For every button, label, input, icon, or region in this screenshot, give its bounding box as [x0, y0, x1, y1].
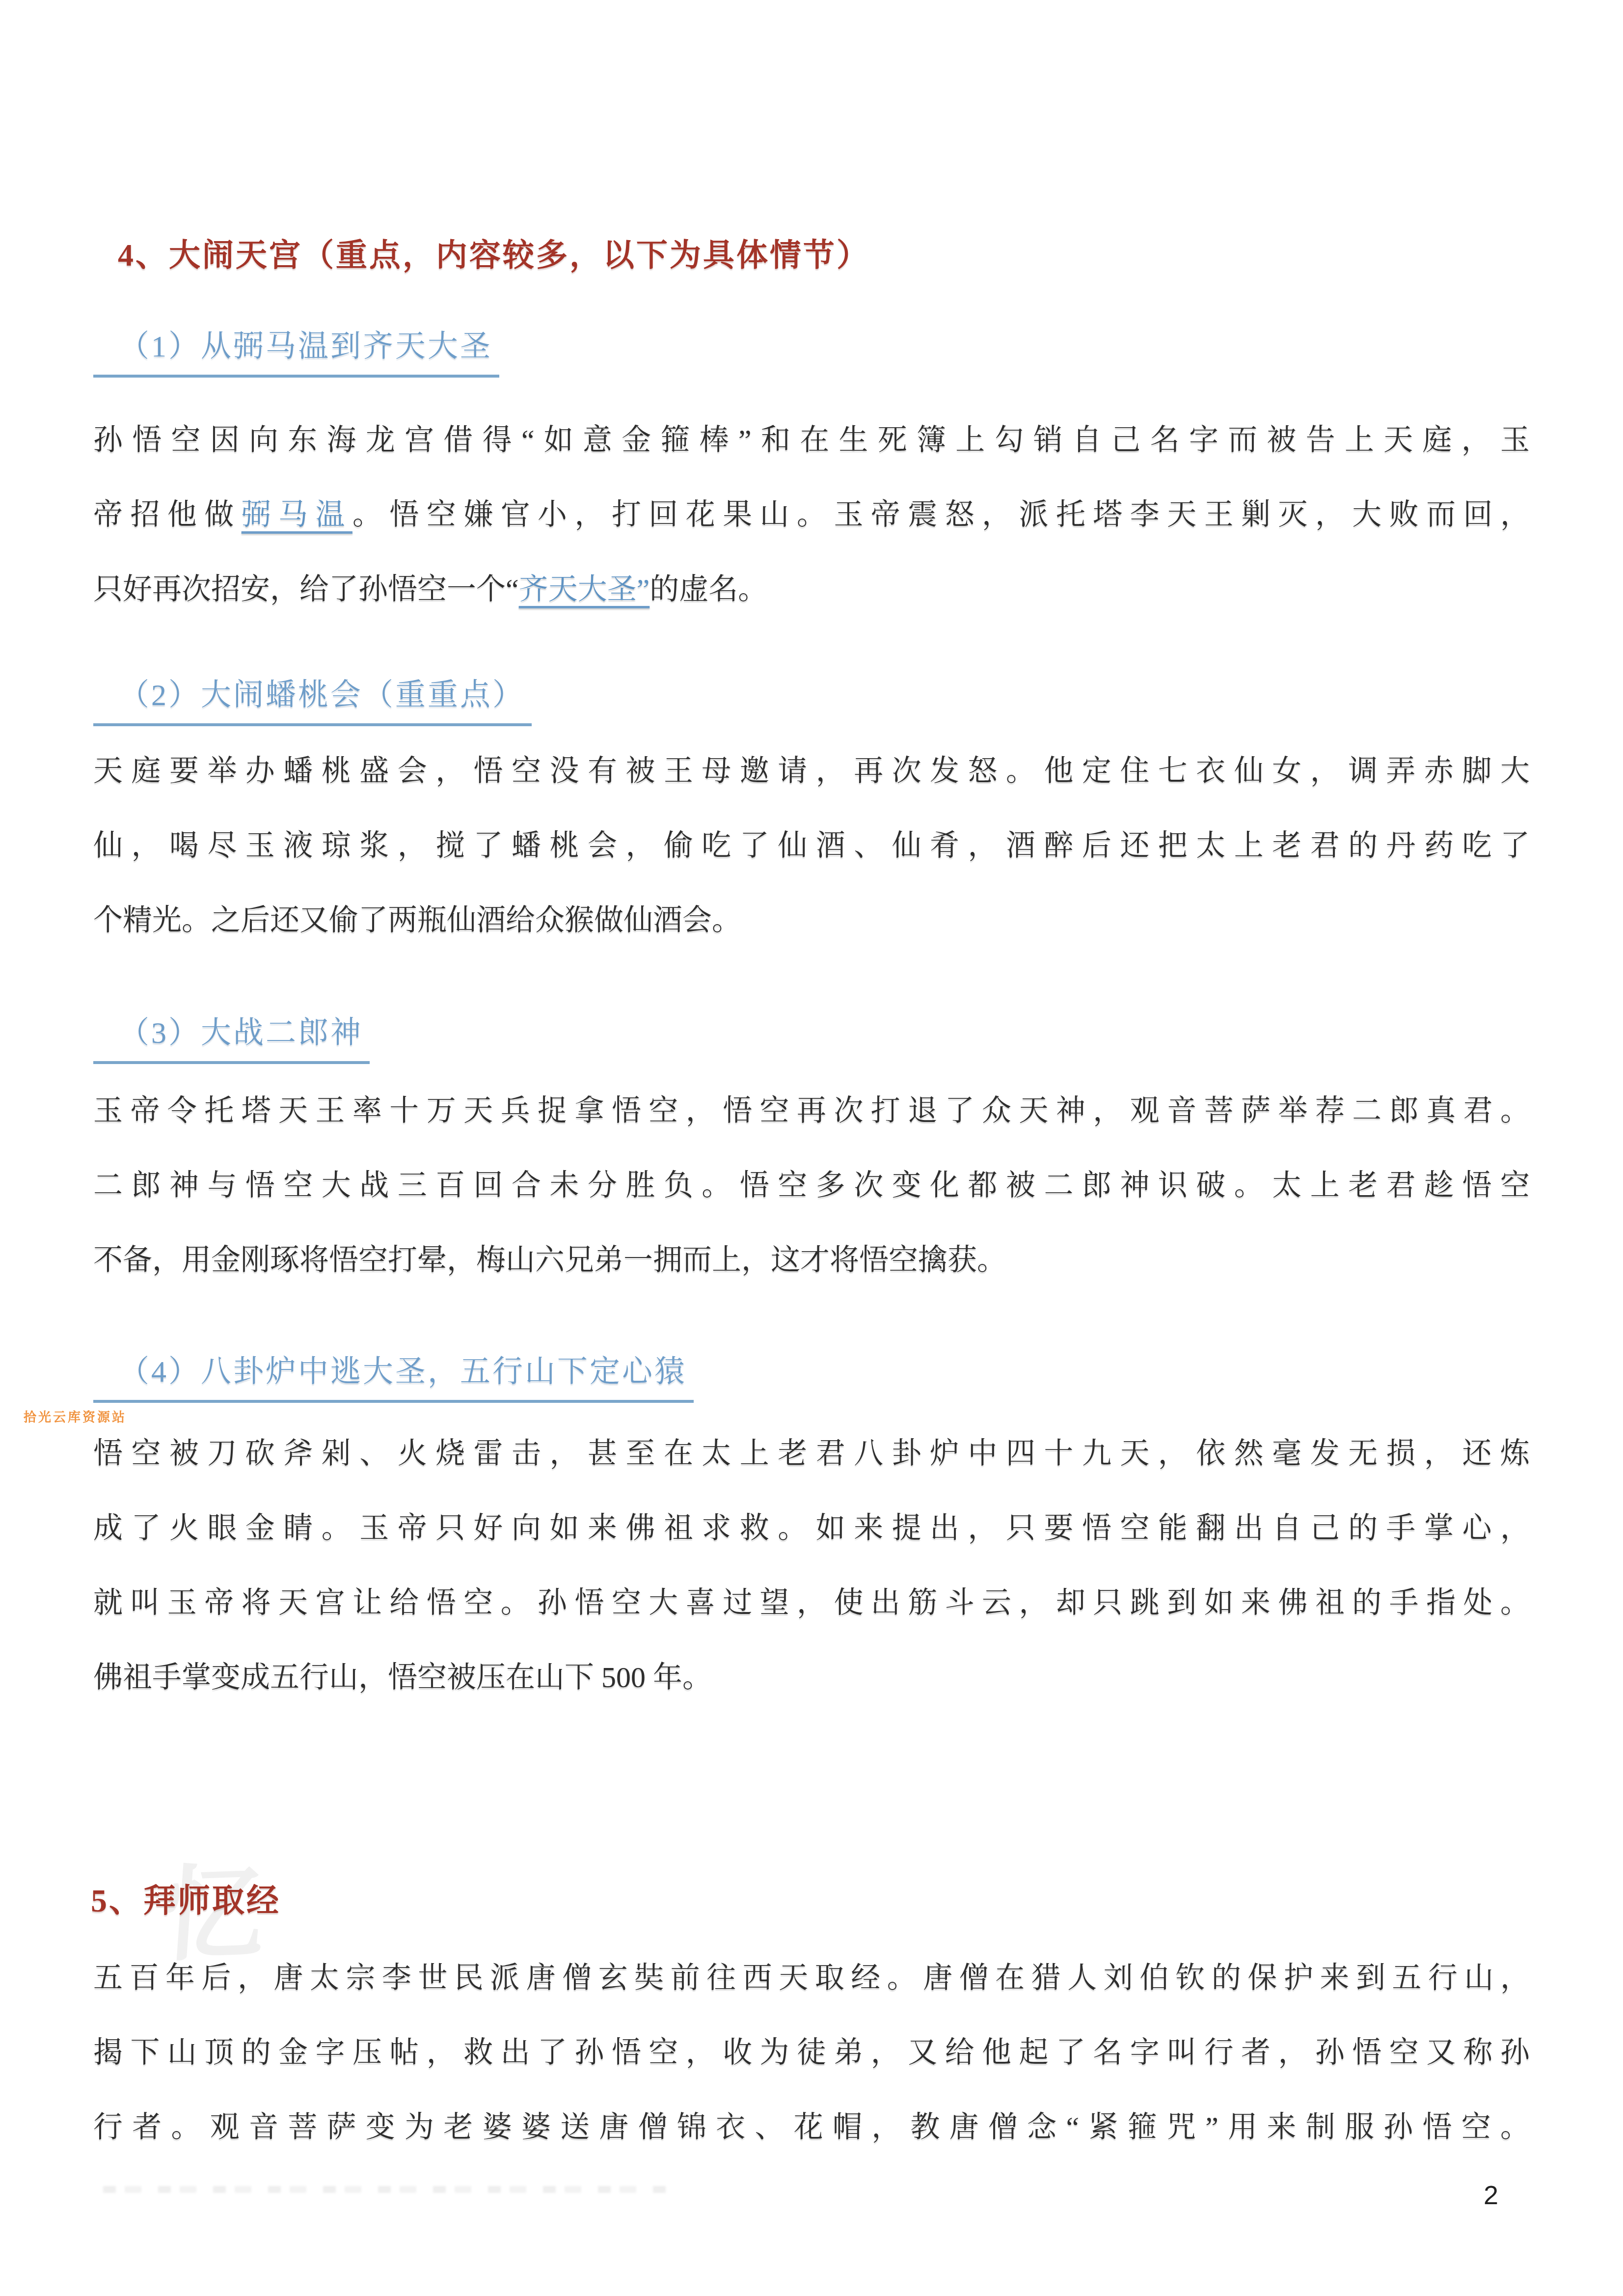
paragraph-s5: 五百年后，唐太宗李世民派唐僧玄奘前往西天取经。唐僧在猎人刘伯钦的保护来到五行山，…: [93, 1941, 1530, 2164]
paragraph-sub2: 天庭要举办蟠桃盛会，悟空没有被王母邀请，再次发怒。他定住七衣仙女，调弄赤脚大仙，…: [93, 734, 1530, 957]
subheading-3-dazhan-erlangshen[interactable]: （3）大战二郎神: [93, 1013, 370, 1064]
text-line: 只好再次招安，给了孙悟空一个“齐天大圣”的虚名。: [93, 552, 1530, 627]
text-segment: 佛祖手掌变成五行山，悟空被压在山下 500 年。: [93, 1661, 712, 1694]
heading-section-4-danao-tiangong: 4、大闹天宫（重点，内容较多，以下为具体情节）: [118, 237, 870, 274]
text-segment: 帝招他做: [93, 498, 242, 531]
text-segment: 揭下山顶的金字压帖，救出了孙悟空，收为徒弟，又给他起了名字叫行者，孙悟空又称孙: [93, 2036, 1530, 2069]
text-segment: 成了火眼金睛。玉帝只好向如来佛祖求救。如来提出，只要悟空能翻出自己的手掌心，: [93, 1512, 1530, 1544]
page-number: 2: [1484, 2180, 1498, 2211]
text-segment: 五百年后，唐太宗李世民派唐僧玄奘前往西天取经。唐僧在猎人刘伯钦的保护来到五行山，: [93, 1962, 1530, 1994]
text-line: 不备，用金刚琢将悟空打晕，梅山六兄弟一拥而上，这才将悟空擒获。: [93, 1223, 1530, 1297]
text-line: 天庭要举办蟠桃盛会，悟空没有被王母邀请，再次发怒。他定住七衣仙女，调弄赤脚大: [93, 734, 1530, 808]
text-line: 二郎神与悟空大战三百回合未分胜负。悟空多次变化都被二郎神识破。太上老君趁悟空: [93, 1148, 1530, 1223]
text-segment: 二郎神与悟空大战三百回合未分胜负。悟空多次变化都被二郎神识破。太上老君趁悟空: [93, 1169, 1530, 1202]
document-page: 4、大闹天宫（重点，内容较多，以下为具体情节） （1）从弼马温到齐天大圣 孙悟空…: [0, 0, 1623, 2296]
text-segment: 天庭要举办蟠桃盛会，悟空没有被王母邀请，再次发怒。他定住七衣仙女，调弄赤脚大: [93, 755, 1530, 787]
subheading-1-bimawen-to-qitiandasheng[interactable]: （1）从弼马温到齐天大圣: [93, 327, 499, 378]
text-segment: 不备，用金刚琢将悟空打晕，梅山六兄弟一拥而上，这才将悟空擒获。: [93, 1244, 1006, 1276]
text-line: 就叫玉帝将天宫让给悟空。孙悟空大喜过望，使出筋斗云，却只跳到如来佛祖的手指处。: [93, 1565, 1530, 1640]
subheading-2-danao-pantaohui[interactable]: （2）大闹蟠桃会（重重点）: [93, 676, 532, 726]
paragraph-sub4: 悟空被刀砍斧剁、火烧雷击，甚至在太上老君八卦炉中四十九天，依然毫发无损，还炼成了…: [93, 1416, 1530, 1715]
paragraph-sub1: 孙悟空因向东海龙宫借得“如意金箍棒”和在生死簿上勾销自己名字而被告上天庭，玉帝招…: [93, 403, 1530, 627]
text-line: 玉帝令托塔天王率十万天兵捉拿悟空，悟空再次打退了众天神，观音菩萨举荐二郎真君。: [93, 1073, 1530, 1148]
text-segment: 玉帝令托塔天王率十万天兵捉拿悟空，悟空再次打退了众天神，观音菩萨举荐二郎真君。: [93, 1094, 1530, 1127]
text-segment: 仙，喝尽玉液琼浆，搅了蟠桃会，偷吃了仙酒、仙肴，酒醉后还把太上老君的丹药吃了: [93, 829, 1530, 862]
heading-section-5-baishi-qujing: 5、拜师取经: [91, 1882, 281, 1920]
scan-artifact-smudge: [103, 2186, 668, 2193]
text-line: 佛祖手掌变成五行山，悟空被压在山下 500 年。: [93, 1640, 1530, 1715]
inline-link[interactable]: 弼马温: [242, 498, 352, 531]
text-segment: 。悟空嫌官小，打回花果山。玉帝震怒，派托塔李天王剿灭，大败而回，: [352, 498, 1530, 531]
text-segment: 悟空被刀砍斧剁、火烧雷击，甚至在太上老君八卦炉中四十九天，依然毫发无损，还炼: [93, 1437, 1530, 1470]
text-segment: 个精光。之后还又偷了两瓶仙酒给众猴做仙酒会。: [93, 904, 741, 936]
text-segment: 孙悟空因向东海龙宫借得“如意金箍棒”和在生死簿上勾销自己名字而被告上天庭，玉: [93, 424, 1530, 456]
subheading-4-baguolu-wuxingshan[interactable]: （4）八卦炉中逃大圣，五行山下定心猿: [93, 1352, 694, 1403]
text-line: 帝招他做弼马温。悟空嫌官小，打回花果山。玉帝震怒，派托塔李天王剿灭，大败而回，: [93, 477, 1530, 552]
text-segment: 就叫玉帝将天宫让给悟空。孙悟空大喜过望，使出筋斗云，却只跳到如来佛祖的手指处。: [93, 1586, 1530, 1619]
text-line: 悟空被刀砍斧剁、火烧雷击，甚至在太上老君八卦炉中四十九天，依然毫发无损，还炼: [93, 1416, 1530, 1491]
text-line: 五百年后，唐太宗李世民派唐僧玄奘前往西天取经。唐僧在猎人刘伯钦的保护来到五行山，: [93, 1941, 1530, 2015]
text-segment: 行者。观音菩萨变为老婆婆送唐僧锦衣、花帽，教唐僧念“紧箍咒”用来制服孙悟空。: [93, 2111, 1530, 2143]
text-line: 揭下山顶的金字压帖，救出了孙悟空，收为徒弟，又给他起了名字叫行者，孙悟空又称孙: [93, 2015, 1530, 2090]
text-segment: 只好再次招安，给了孙悟空一个“: [93, 573, 519, 605]
text-line: 个精光。之后还又偷了两瓶仙酒给众猴做仙酒会。: [93, 883, 1530, 957]
text-line: 孙悟空因向东海龙宫借得“如意金箍棒”和在生死簿上勾销自己名字而被告上天庭，玉: [93, 403, 1530, 477]
text-line: 成了火眼金睛。玉帝只好向如来佛祖求救。如来提出，只要悟空能翻出自己的手掌心，: [93, 1491, 1530, 1565]
text-line: 仙，喝尽玉液琼浆，搅了蟠桃会，偷吃了仙酒、仙肴，酒醉后还把太上老君的丹药吃了: [93, 808, 1530, 883]
paragraph-sub3: 玉帝令托塔天王率十万天兵捉拿悟空，悟空再次打退了众天神，观音菩萨举荐二郎真君。二…: [93, 1073, 1530, 1297]
text-line: 行者。观音菩萨变为老婆婆送唐僧锦衣、花帽，教唐僧念“紧箍咒”用来制服孙悟空。: [93, 2090, 1530, 2164]
inline-link[interactable]: 齐天大圣”: [519, 573, 650, 605]
text-segment: 的虚名。: [649, 573, 767, 605]
